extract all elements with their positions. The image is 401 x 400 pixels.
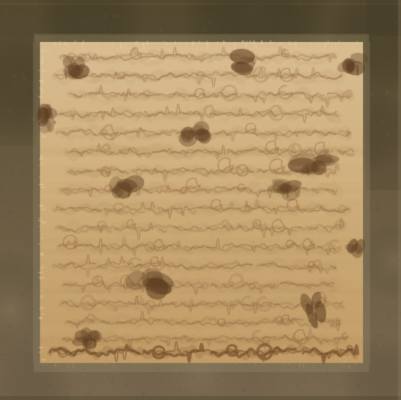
- artwork-photo: [0, 0, 401, 400]
- asemic-calligraphy-painting: [0, 0, 401, 400]
- painting-frame: [0, 0, 401, 400]
